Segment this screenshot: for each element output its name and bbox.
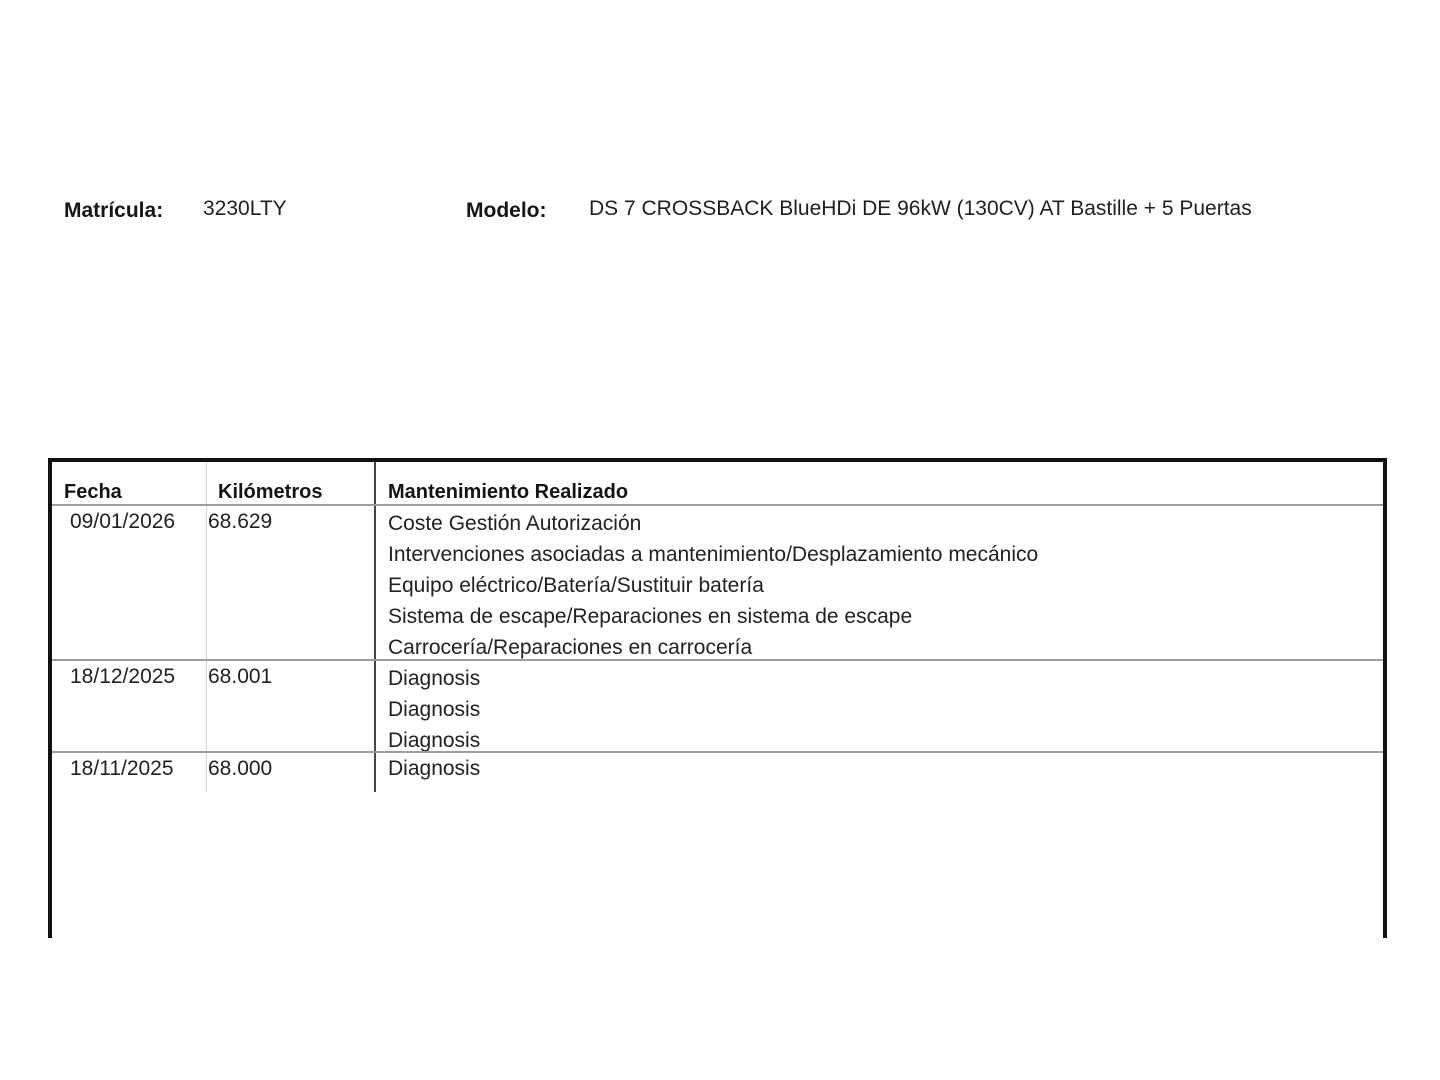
maintenance-table: Fecha Kilómetros Mantenimiento Realizado… — [48, 458, 1387, 938]
maintenance-item: Sistema de escape/Reparaciones en sistem… — [388, 601, 1038, 632]
row-maintenance-list: Coste Gestión Autorización Intervencione… — [388, 508, 1038, 663]
row-date: 09/01/2026 — [70, 506, 175, 537]
column-divider-maintenance — [374, 462, 376, 792]
plate-value: 3230LTY — [203, 197, 287, 221]
column-divider-km — [206, 462, 207, 792]
model-label: Modelo: — [466, 199, 546, 223]
row-date: 18/12/2025 — [70, 661, 175, 692]
row-maintenance-list: Diagnosis — [388, 753, 480, 784]
row-km: 68.001 — [208, 661, 272, 692]
header-date: Fecha — [64, 481, 122, 504]
maintenance-item: Diagnosis — [388, 694, 480, 725]
row-date: 18/11/2025 — [70, 753, 174, 784]
maintenance-item: Equipo eléctrico/Batería/Sustituir bater… — [388, 570, 1038, 601]
plate-label: Matrícula: — [64, 199, 163, 223]
header-maintenance: Mantenimiento Realizado — [388, 481, 628, 504]
header-km: Kilómetros — [218, 481, 322, 504]
model-value: DS 7 CROSSBACK BlueHDi DE 96kW (130CV) A… — [589, 197, 1252, 221]
row-km: 68.629 — [208, 506, 272, 537]
maintenance-item: Coste Gestión Autorización — [388, 508, 1038, 539]
maintenance-item: Intervenciones asociadas a mantenimiento… — [388, 539, 1038, 570]
row-maintenance-list: Diagnosis Diagnosis Diagnosis — [388, 663, 480, 756]
maintenance-item: Diagnosis — [388, 753, 480, 784]
row-km: 68.000 — [208, 753, 272, 784]
maintenance-item: Diagnosis — [388, 663, 480, 694]
